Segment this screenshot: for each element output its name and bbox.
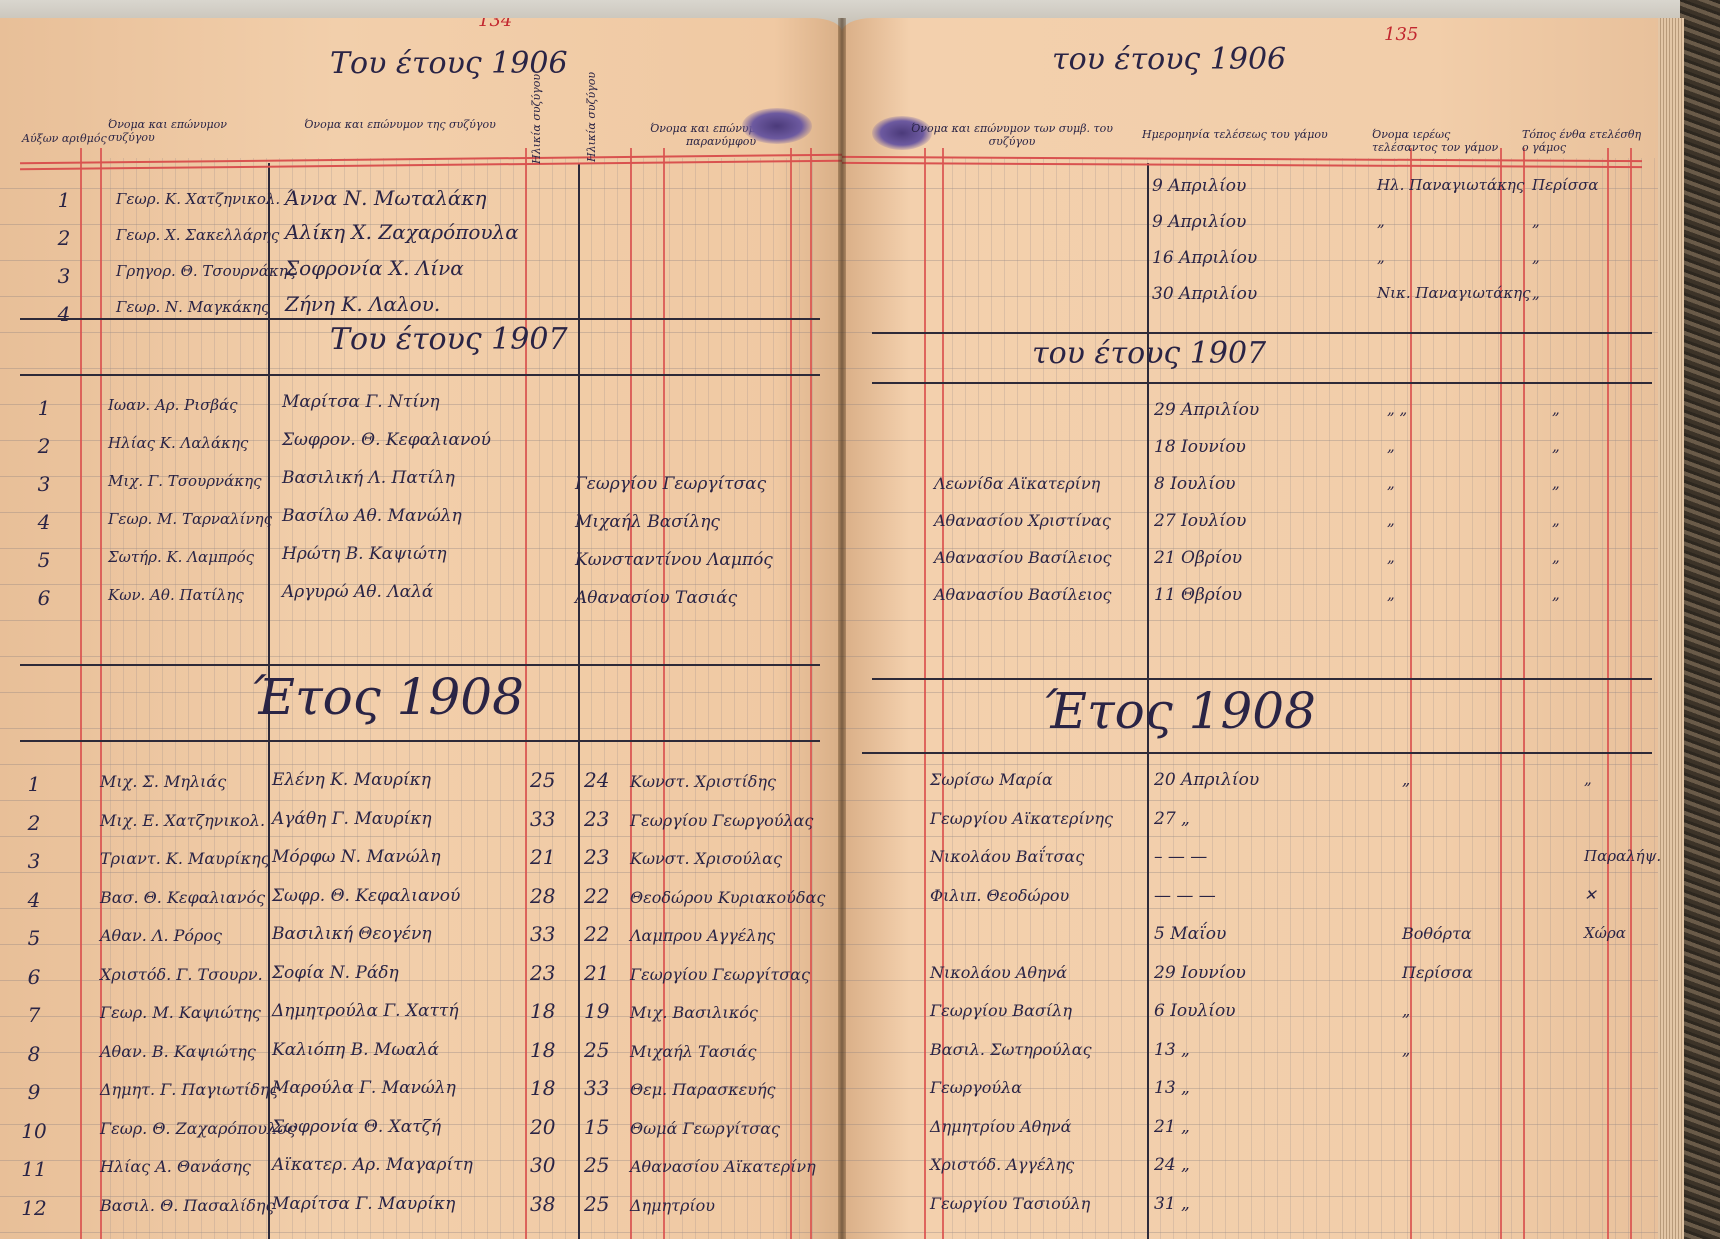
- grid-line: [1381, 158, 1382, 1239]
- ruled-line: [842, 764, 1684, 765]
- priest-name: „: [1387, 437, 1395, 455]
- grid-line: [565, 158, 566, 1239]
- grid-line: [123, 158, 124, 1239]
- ruled-line: [842, 656, 1684, 657]
- grid-line: [799, 158, 800, 1239]
- header-groom-age: Ηλικία συζύγου: [530, 96, 543, 164]
- priest-name: „: [1387, 511, 1395, 529]
- wedding-place: „: [1552, 474, 1560, 492]
- groom-name: Τριαντ. Κ. Μαυρίκης: [100, 849, 270, 868]
- best-man: Λαμπρου Αγγέλης: [630, 926, 775, 945]
- year-heading-1906: του έτους 1906: [1052, 42, 1286, 77]
- groom-name: Μιχ. Σ. Μηλιάς: [100, 772, 226, 791]
- bride-name: Αργυρώ Αθ. Λαλά: [282, 582, 433, 602]
- witness-name: Σωρίσω Μαρία: [930, 770, 1053, 789]
- ruled-line: [0, 800, 842, 801]
- groom-age: 38: [530, 1192, 555, 1216]
- section-divider: [20, 664, 820, 666]
- grid-line: [1420, 158, 1421, 1239]
- row-number: 3: [24, 472, 64, 496]
- grid-line: [1589, 158, 1590, 1239]
- groom-age: 30: [530, 1153, 555, 1177]
- groom-age: 20: [530, 1115, 555, 1139]
- bride-name: Ζήνη Κ. Λαλου.: [285, 292, 440, 316]
- groom-name: Μιχ. Γ. Τσουρνάκης: [108, 472, 262, 490]
- year-heading-1907: του έτους 1907: [1032, 336, 1266, 371]
- wedding-date: 27 Ιουλίου: [1154, 511, 1246, 531]
- column-rule: [1410, 148, 1412, 1239]
- priest-name: „: [1387, 585, 1395, 603]
- grid-line: [721, 158, 722, 1239]
- ruled-line: [842, 800, 1684, 801]
- wedding-place: „: [1532, 248, 1540, 266]
- grid-line: [747, 158, 748, 1239]
- row-number: 4: [44, 302, 84, 326]
- ruled-line: [842, 872, 1684, 873]
- wedding-date: 29 Απριλίου: [1154, 400, 1259, 420]
- row-number: 3: [14, 849, 54, 873]
- grid-line: [1433, 158, 1434, 1239]
- wedding-date: 31 „: [1154, 1194, 1190, 1214]
- groom-name: Γεωρ. Ν. Μαγκάκης: [116, 298, 269, 316]
- groom-name: Βασ. Θ. Κεφαλιανός: [100, 888, 265, 907]
- groom-name: Ιωαν. Αρ. Ρισβάς: [108, 396, 238, 414]
- wedding-date: 21 „: [1154, 1117, 1190, 1137]
- witness-name: Λεωνίδα Αϊκατερίνη: [934, 474, 1100, 493]
- column-rule: [1630, 148, 1632, 1239]
- priest-name: „: [1387, 548, 1395, 566]
- grid-line: [1485, 158, 1486, 1239]
- best-man: Αθανασίου Αϊκατερίνη: [630, 1157, 816, 1176]
- witness-name: Γεωργίου Τασιούλη: [930, 1194, 1090, 1213]
- groom-age: 23: [530, 961, 555, 985]
- row-number: 5: [14, 926, 54, 950]
- section-divider: [872, 382, 1652, 384]
- bride-age: 21: [584, 961, 609, 985]
- grid-line: [991, 158, 992, 1239]
- bride-age: 22: [584, 884, 609, 908]
- page-number: 134: [478, 18, 512, 31]
- priest-name: Ηλ. Παναγιωτάκης: [1377, 176, 1524, 194]
- grid-line: [1563, 158, 1564, 1239]
- row-number: 1: [14, 772, 54, 796]
- grid-line: [214, 158, 215, 1239]
- wedding-place: „: [1584, 770, 1592, 788]
- groom-name: Γεωρ. Χ. Σακελλάρης: [116, 226, 279, 244]
- column-rule: [630, 148, 632, 1239]
- section-divider: [20, 318, 820, 320]
- groom-name: Ηλίας Κ. Λαλάκης: [108, 434, 248, 452]
- grid-line: [175, 158, 176, 1239]
- ruled-line: [842, 224, 1684, 225]
- grid-line: [1511, 158, 1512, 1239]
- row-number: 1: [44, 188, 84, 212]
- priest-name: „: [1402, 770, 1410, 789]
- wedding-date: 6 Ιουλίου: [1154, 1001, 1236, 1021]
- row-number: 1: [24, 396, 64, 420]
- page-number: 135: [1384, 24, 1418, 45]
- best-man: Αθανασίου Τασιάς: [575, 588, 737, 608]
- groom-name: Γρηγορ. Θ. Τσουρνάκης: [116, 262, 296, 280]
- row-number: 6: [14, 965, 54, 989]
- grid-line: [1394, 158, 1395, 1239]
- ruled-line: [0, 908, 842, 909]
- wedding-date: 27 „: [1154, 809, 1190, 829]
- bride-name: Ηρώτη Β. Καψιώτη: [282, 544, 447, 564]
- column-rule: [790, 148, 792, 1239]
- witness-name: Αθανασίου Βασίλειος: [934, 548, 1112, 567]
- section-divider: [20, 374, 820, 376]
- wedding-place: „: [1552, 548, 1560, 566]
- grid-line: [965, 158, 966, 1239]
- bride-name: Μαρούλα Γ. Μανώλη: [272, 1078, 456, 1098]
- bride-name: Αλίκη Χ. Ζαχαρόπουλα: [285, 220, 519, 244]
- wedding-date: 9 Απριλίου: [1152, 212, 1246, 232]
- bride-name: Μαρίτσα Γ. Ντίνη: [282, 392, 440, 412]
- column-rule: [525, 148, 527, 1239]
- row-number: 11: [14, 1157, 54, 1181]
- grid-line: [978, 158, 979, 1239]
- bride-name: Σωφρον. Θ. Κεφαλιανού: [282, 430, 491, 450]
- column-rule: [1607, 148, 1609, 1239]
- best-man: Γεωργίου Γεωργίτσας: [630, 965, 810, 984]
- witness-name: Νικολάου Αθηνά: [930, 963, 1067, 982]
- grid-line: [669, 158, 670, 1239]
- groom-name: Δημητ. Γ. Παγιωτίδης: [100, 1080, 278, 1099]
- priest-name: „: [1387, 474, 1395, 492]
- bride-name: Σοφία Ν. Ράδη: [272, 963, 399, 983]
- grid-line: [617, 158, 618, 1239]
- column-rule: [924, 148, 926, 1239]
- grid-line: [1355, 158, 1356, 1239]
- bride-name: Βασιλική Λ. Πατίλη: [282, 468, 455, 488]
- witness-name: Γεωργίου Βασίλη: [930, 1001, 1072, 1020]
- grid-line: [188, 158, 189, 1239]
- wedding-place: „: [1552, 437, 1560, 455]
- row-number: 7: [14, 1003, 54, 1027]
- best-man: Κωνσταντίνου Λαμπός: [575, 550, 773, 570]
- priest-name: „: [1377, 212, 1385, 230]
- column-rule: [578, 163, 580, 1239]
- wedding-date: 21 Οβρίου: [1154, 548, 1242, 568]
- groom-age: 18: [530, 999, 555, 1023]
- grid-line: [773, 158, 774, 1239]
- groom-name: Αθαν. Β. Καψιώτης: [100, 1042, 256, 1061]
- witness-name: Φιλιπ. Θεοδώρου: [930, 886, 1069, 905]
- row-number: 10: [14, 1119, 54, 1143]
- wedding-place: Χώρα: [1584, 924, 1626, 942]
- grid-line: [1615, 158, 1616, 1239]
- ruled-line: [842, 908, 1684, 909]
- best-man: Θεμ. Παρασκευής: [630, 1080, 776, 1099]
- header-rule: [842, 156, 1642, 162]
- grid-line: [1537, 158, 1538, 1239]
- grid-line: [162, 158, 163, 1239]
- header-bride-age: Ηλικία συζύγου: [585, 92, 598, 162]
- grid-line: [760, 158, 761, 1239]
- column-rule: [1523, 148, 1525, 1239]
- bride-name: Καλιόπη Β. Μωαλά: [272, 1040, 439, 1060]
- best-man: Μιχαήλ Τασιάς: [630, 1042, 756, 1061]
- priest-name: „: [1402, 1040, 1410, 1059]
- year-heading-1908: Έτος 1908: [1042, 682, 1316, 740]
- grid-line: [952, 158, 953, 1239]
- row-number: 3: [44, 264, 84, 288]
- witness-name: Αθανασίου Βασίλειος: [934, 585, 1112, 604]
- bride-name: Μαρίτσα Γ. Μαυρίκη: [272, 1194, 455, 1214]
- wedding-place: „: [1532, 284, 1540, 302]
- ruled-line: [842, 836, 1684, 837]
- grid-line: [136, 158, 137, 1239]
- ink-blot: [742, 108, 812, 144]
- row-number: 2: [24, 434, 64, 458]
- section-divider: [872, 332, 1652, 334]
- wedding-place: ✕: [1584, 886, 1597, 904]
- header-bride-name: Όνομα και επώνυμον της συζύγου: [290, 118, 510, 131]
- groom-age: 33: [530, 807, 555, 831]
- column-rule: [942, 148, 944, 1239]
- witness-name: Γεωργούλα: [930, 1078, 1022, 1097]
- row-number: 2: [14, 811, 54, 835]
- bride-name: Μόρφω Ν. Μανώλη: [272, 847, 441, 867]
- groom-name: Ηλίας Α. Θανάσης: [100, 1157, 251, 1176]
- ruled-line: [0, 728, 842, 729]
- grid-line: [1017, 158, 1018, 1239]
- row-number: 4: [24, 510, 64, 534]
- page-edges: [1658, 18, 1684, 1239]
- best-man: Θεοδώρου Κυριακούδας: [630, 888, 825, 907]
- wedding-date: 13 „: [1154, 1040, 1190, 1060]
- wedding-date: 8 Ιουλίου: [1154, 474, 1236, 494]
- grid-line: [1550, 158, 1551, 1239]
- groom-name: Γεωρ. Θ. Ζαχαρόπουλος: [100, 1119, 296, 1138]
- wedding-place: Περίσσα: [1532, 176, 1598, 194]
- bride-name: Ελένη Κ. Μαυρίκη: [272, 770, 431, 790]
- groom-age: 25: [530, 768, 555, 792]
- priest-name: Βοθόρτα: [1402, 924, 1472, 943]
- bride-age: 23: [584, 807, 609, 831]
- grid-line: [734, 158, 735, 1239]
- section-divider: [20, 740, 820, 742]
- bride-name: Αϊκατερ. Αρ. Μαγαρίτη: [272, 1155, 473, 1175]
- groom-age: 18: [530, 1038, 555, 1062]
- right-page: 135 του έτους 1906 Όνομα και επώνυμον τω…: [842, 18, 1684, 1239]
- best-man: Γεωργίου Γεωργούλας: [630, 811, 813, 830]
- bride-age: 23: [584, 845, 609, 869]
- ruled-line: [842, 944, 1684, 945]
- bride-age: 24: [584, 768, 609, 792]
- section-divider: [862, 752, 1652, 754]
- best-man: Μιχαήλ Βασίλης: [575, 512, 720, 532]
- ruled-line: [842, 260, 1684, 261]
- wedding-date: 29 Ιουνίου: [1154, 963, 1246, 983]
- ruled-line: [842, 296, 1684, 297]
- grid-line: [1472, 158, 1473, 1239]
- wedding-date: 24 „: [1154, 1155, 1190, 1175]
- ruled-line: [0, 1232, 842, 1233]
- bride-age: 33: [584, 1076, 609, 1100]
- witness-name: Χριστόδ. Αγγέλης: [930, 1155, 1074, 1174]
- best-man: Γεωργίου Γεωργίτσας: [575, 474, 766, 494]
- grid-line: [240, 158, 241, 1239]
- grid-line: [1446, 158, 1447, 1239]
- year-heading-1907: Του έτους 1907: [330, 322, 568, 357]
- grid-line: [656, 158, 657, 1239]
- ruled-line: [0, 620, 842, 621]
- groom-name: Σωτήρ. Κ. Λαμπρός: [108, 548, 254, 566]
- groom-name: Κων. Αθ. Πατίλης: [108, 586, 244, 604]
- wedding-place: „: [1552, 400, 1560, 418]
- groom-name: Αθαν. Λ. Ρόρος: [100, 926, 222, 945]
- row-number: 12: [14, 1196, 54, 1220]
- row-number: 6: [24, 586, 64, 610]
- best-man: Μιχ. Βασιλικός: [630, 1003, 758, 1022]
- priest-name: „: [1377, 248, 1385, 266]
- header-rule: [842, 162, 1642, 168]
- grid-line: [695, 158, 696, 1239]
- groom-name: Γεωρ. Μ. Ταρναλίνης: [108, 510, 272, 528]
- bride-name: Σωφρ. Θ. Κεφαλιανού: [272, 886, 460, 906]
- witness-name: Αθανασίου Χριστίνας: [934, 511, 1111, 530]
- year-heading-1908: Έτος 1908: [250, 668, 524, 726]
- grid-line: [1576, 158, 1577, 1239]
- ruled-line: [842, 620, 1684, 621]
- bride-age: 25: [584, 1153, 609, 1177]
- column-rule: [663, 148, 665, 1239]
- grid-line: [682, 158, 683, 1239]
- ruled-line: [0, 836, 842, 837]
- bride-name: Αγάθη Γ. Μαυρίκη: [272, 809, 432, 829]
- grid-line: [1342, 158, 1343, 1239]
- grid-line: [1004, 158, 1005, 1239]
- row-number: 8: [14, 1042, 54, 1066]
- groom-name: Μιχ. Ε. Χατζηνικολ.: [100, 811, 265, 830]
- column-rule: [100, 148, 102, 1239]
- wedding-place: Παραλήψ.: [1584, 847, 1661, 865]
- wedding-date: 18 Ιουνίου: [1154, 437, 1246, 457]
- wedding-place: „: [1552, 585, 1560, 603]
- groom-age: 33: [530, 922, 555, 946]
- ruled-line: [0, 764, 842, 765]
- ruled-line: [0, 656, 842, 657]
- section-divider: [872, 678, 1652, 680]
- grid-line: [1316, 158, 1317, 1239]
- best-man: Θωμά Γεωργίτσας: [630, 1119, 780, 1138]
- bride-age: 19: [584, 999, 609, 1023]
- grid-line: [1407, 158, 1408, 1239]
- wedding-date: 5 Μαΐου: [1154, 924, 1226, 944]
- groom-age: 28: [530, 884, 555, 908]
- header-wedding-date: Ημερομηνία τελέσεως του γάμου: [1142, 128, 1328, 141]
- row-number: 9: [14, 1080, 54, 1104]
- wedding-place: „: [1552, 511, 1560, 529]
- grid-line: [708, 158, 709, 1239]
- bride-name: Σωφρονία Θ. Χατζή: [272, 1117, 441, 1137]
- grid-line: [149, 158, 150, 1239]
- wedding-date: 30 Απριλίου: [1152, 284, 1257, 304]
- book-gutter: [838, 18, 846, 1239]
- grid-line: [110, 158, 111, 1239]
- row-number: 5: [24, 548, 64, 572]
- bride-name: Άννα Ν. Μωταλάκη: [285, 186, 486, 210]
- row-number: 4: [14, 888, 54, 912]
- bride-age: 25: [584, 1038, 609, 1062]
- wedding-date: — — —: [1154, 886, 1216, 906]
- ruled-line: [0, 872, 842, 873]
- book-cover-edge: [1680, 0, 1720, 1239]
- priest-name: Περίσσα: [1402, 963, 1473, 982]
- bride-name: Δημητρούλα Γ. Χαττή: [272, 1001, 459, 1021]
- witness-name: Βασιλ. Σωτηρούλας: [930, 1040, 1092, 1059]
- groom-name: Γεωρ. Κ. Χατζηνικολ.: [116, 190, 280, 208]
- groom-name: Βασιλ. Θ. Πασαλίδης: [100, 1196, 274, 1215]
- grid-line: [786, 158, 787, 1239]
- wedding-date: 16 Απριλίου: [1152, 248, 1257, 268]
- column-rule: [1500, 148, 1502, 1239]
- header-witness: Όνομα και επώνυμον των συμβ. του συζύγου: [892, 122, 1132, 148]
- best-man: Κωνστ. Χρισούλας: [630, 849, 782, 868]
- grid-line: [643, 158, 644, 1239]
- grid-line: [1030, 158, 1031, 1239]
- wedding-place: „: [1532, 212, 1540, 230]
- groom-age: 18: [530, 1076, 555, 1100]
- bride-age: 22: [584, 922, 609, 946]
- grid-line: [1628, 158, 1629, 1239]
- grid-line: [201, 158, 202, 1239]
- wedding-date: 13 „: [1154, 1078, 1190, 1098]
- grid-line: [1602, 158, 1603, 1239]
- best-man: Κωνστ. Χριστίδης: [630, 772, 776, 791]
- witness-name: Δημητρίου Αθηνά: [930, 1117, 1071, 1136]
- grid-line: [1641, 158, 1642, 1239]
- bride-name: Βασιλική Θεογένη: [272, 924, 432, 944]
- row-number: 2: [44, 226, 84, 250]
- witness-name: Νικολάου Βαΐτσας: [930, 847, 1084, 866]
- column-rule: [810, 148, 812, 1239]
- wedding-date: 20 Απριλίου: [1154, 770, 1259, 790]
- groom-name: Γεωρ. Μ. Καψιώτης: [100, 1003, 261, 1022]
- priest-name: „ „: [1387, 400, 1407, 418]
- bride-age: 25: [584, 1192, 609, 1216]
- grid-line: [1459, 158, 1460, 1239]
- groom-name: Χριστόδ. Γ. Τσουρν.: [100, 965, 263, 984]
- priest-name: „: [1402, 1001, 1410, 1020]
- grid-line: [1368, 158, 1369, 1239]
- header-place: Τόπος ένθα ετελέσθη ο γάμος: [1522, 128, 1642, 154]
- bride-name: Σοφρονία Χ. Λίνα: [285, 256, 464, 280]
- header-serial-no: Αύξων αριθμός: [22, 132, 107, 145]
- left-page: 134 Του έτους 1906 Αύξων αριθμός Όνομα κ…: [0, 18, 842, 1239]
- header-priest: Όνομα ιερέως τελέσαντος τον γάμον: [1372, 128, 1512, 154]
- grid-line: [1498, 158, 1499, 1239]
- ruled-line: [0, 368, 842, 369]
- grid-line: [812, 158, 813, 1239]
- grid-line: [227, 158, 228, 1239]
- bride-name: Βασίλω Αθ. Μανώλη: [282, 506, 462, 526]
- best-man: Δημητρίου: [630, 1196, 715, 1215]
- grid-line: [1654, 158, 1655, 1239]
- witness-name: Γεωργίου Αϊκατερίνης: [930, 809, 1113, 828]
- groom-age: 21: [530, 845, 555, 869]
- wedding-date: 11 Θβρίου: [1154, 585, 1242, 605]
- priest-name: Νικ. Παναγιωτάκης: [1377, 284, 1531, 302]
- grid-line: [1329, 158, 1330, 1239]
- ruled-line: [842, 1232, 1684, 1233]
- header-groom-name: Όνομα και επώνυμον συζύγου: [108, 118, 268, 144]
- bride-age: 15: [584, 1115, 609, 1139]
- wedding-date: 9 Απριλίου: [1152, 176, 1246, 196]
- wedding-date: – — —: [1154, 847, 1207, 867]
